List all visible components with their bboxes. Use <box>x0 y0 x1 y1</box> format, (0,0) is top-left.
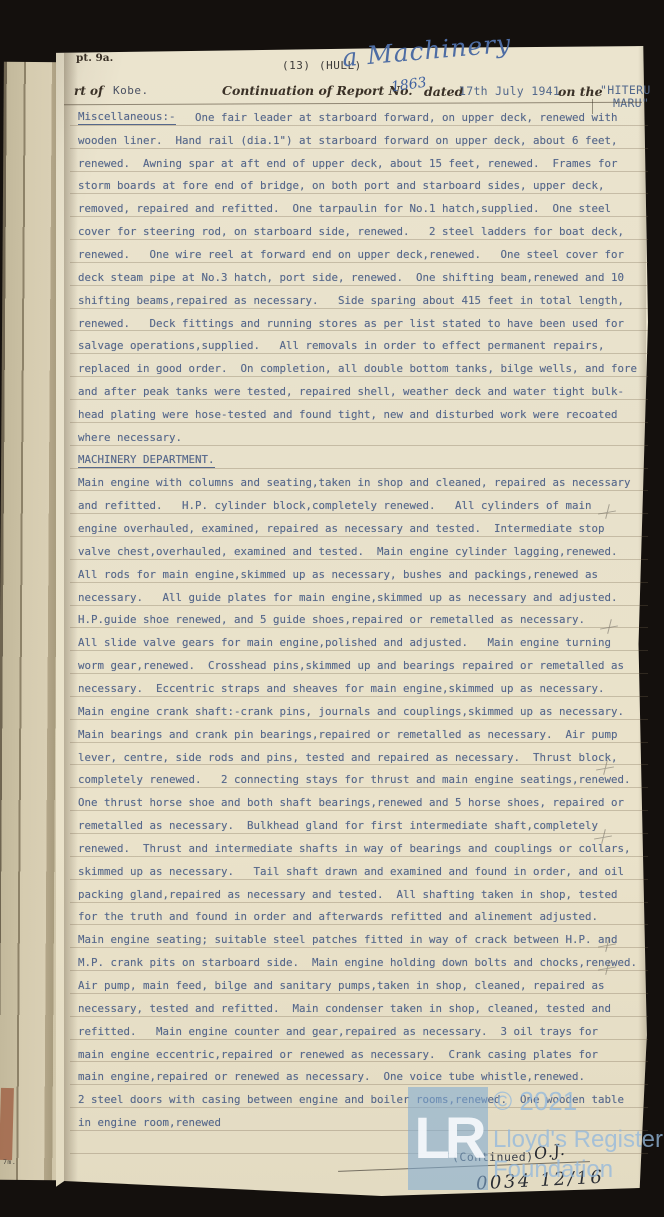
typed-line: skimmed up as necessary. Tail shaft draw… <box>78 860 642 883</box>
typed-line: necessary. Eccentric straps and sheaves … <box>78 677 642 700</box>
typed-line: main engine,repaired or renewed as neces… <box>78 1065 642 1088</box>
typed-line: Main engine seating; suitable steel patc… <box>78 928 642 951</box>
port-value: Kobe. <box>113 84 149 97</box>
typed-line: All slide valve gears for main engine,po… <box>78 631 642 654</box>
pencil-plus-icon <box>598 960 616 976</box>
typed-line: and refitted. H.P. cylinder block,comple… <box>78 494 642 517</box>
pencil-plus-icon <box>596 760 614 776</box>
pencil-plus-icon <box>594 829 612 845</box>
pencil-plus-icon <box>600 619 618 635</box>
section-heading: MACHINERY DEPARTMENT. <box>78 453 215 468</box>
typed-line: One thrust horse shoe and both shaft bea… <box>78 791 642 814</box>
typed-line: H.P.guide shoe renewed, and 5 guide shoe… <box>78 609 642 632</box>
typed-line: MACHINERY DEPARTMENT. <box>78 449 642 472</box>
form-code-top: pt. 9a. <box>76 52 113 64</box>
typed-line: Main engine with columns and seating,tak… <box>78 472 642 495</box>
typed-line: remetalled as necessary. Bulkhead gland … <box>78 814 642 837</box>
typed-body: Miscellaneous:- One fair leader at starb… <box>78 106 642 1157</box>
typed-line: Main bearings and crank pin bearings,rep… <box>78 723 642 746</box>
form-code-bottom: 7m. <box>3 1158 16 1166</box>
typed-line: renewed. Thrust and intermediate shafts … <box>78 837 642 860</box>
typed-line: storm boards at fore end of bridge, on b… <box>78 175 642 198</box>
typed-line: packing gland,repaired as necessary and … <box>78 883 642 906</box>
typed-line: Miscellaneous:- One fair leader at starb… <box>78 106 642 129</box>
port-of-label: rt of <box>74 84 103 98</box>
typed-line: refitted. Main engine counter and gear,r… <box>78 1020 642 1043</box>
ship-name-line1: "HITERU <box>600 83 651 97</box>
typed-line: and after peak tanks were tested, repair… <box>78 380 642 403</box>
typed-line: head plating were hose-tested and found … <box>78 403 642 426</box>
page-number: (13) <box>282 59 311 72</box>
report-date: 17th July 1941 <box>459 84 560 98</box>
watermark-copyright: © 2021 <box>493 1086 577 1117</box>
on-the-label: on the <box>558 84 603 99</box>
red-page-edge <box>0 1088 14 1160</box>
typed-line: salvage operations,supplied. All removal… <box>78 334 642 357</box>
scanned-report-page: pt. 9a. (13) (HULL) a Machinery rt of Ko… <box>0 0 664 1217</box>
typed-line: necessary. All guide plates for main eng… <box>78 586 642 609</box>
pencil-plus-icon <box>598 937 616 953</box>
typed-line: engine overhauled, examined, repaired as… <box>78 517 642 540</box>
underlying-page-edges <box>0 62 64 1180</box>
watermark-foundation: Foundation <box>493 1156 613 1184</box>
typed-line: lever, centre, side rods and pins, teste… <box>78 746 642 769</box>
lloyds-register-logo-icon: LR <box>408 1087 488 1190</box>
typed-line: valve chest,overhauled, examined and tes… <box>78 540 642 563</box>
typed-line: deck steam pipe at No.3 hatch, port side… <box>78 266 642 289</box>
typed-line: for the truth and found in order and aft… <box>78 906 642 929</box>
dated-label: dated <box>424 84 463 99</box>
typed-line: Main engine crank shaft:-crank pins, jou… <box>78 700 642 723</box>
continuation-label: Continuation of Report No. <box>222 83 413 98</box>
typed-line: necessary, tested and refitted. Main con… <box>78 997 642 1020</box>
typed-line: worm gear,renewed. Crosshead pins,skimme… <box>78 654 642 677</box>
typed-line: replaced in good order. On completion, a… <box>78 357 642 380</box>
typed-line: wooden liner. Hand rail (dia.1") at star… <box>78 129 642 152</box>
watermark-lloyds-register: Lloyd's Register <box>493 1126 663 1154</box>
typed-line: shifting beams,repaired as necessary. Si… <box>78 289 642 312</box>
typed-line: M.P. crank pits on starboard side. Main … <box>78 951 642 974</box>
typed-line: renewed. Awning spar at aft end of upper… <box>78 152 642 175</box>
typed-line: renewed. Deck fittings and running store… <box>78 312 642 335</box>
typed-line: completely renewed. 2 connecting stays f… <box>78 768 642 791</box>
typed-line: main engine eccentric,repaired or renewe… <box>78 1043 642 1066</box>
typed-line: removed, repaired and refitted. One tarp… <box>78 197 642 220</box>
typed-line: Air pump, main feed, bilge and sanitary … <box>78 974 642 997</box>
section-heading: Miscellaneous:- <box>78 110 176 125</box>
typed-line: renewed. One wire reel at forward end on… <box>78 243 642 266</box>
typed-line: where necessary. <box>78 426 642 449</box>
pencil-plus-icon <box>598 504 616 520</box>
typed-line: All rods for main engine,skimmed up as n… <box>78 563 642 586</box>
typed-line: cover for steering rod, on starboard sid… <box>78 220 642 243</box>
